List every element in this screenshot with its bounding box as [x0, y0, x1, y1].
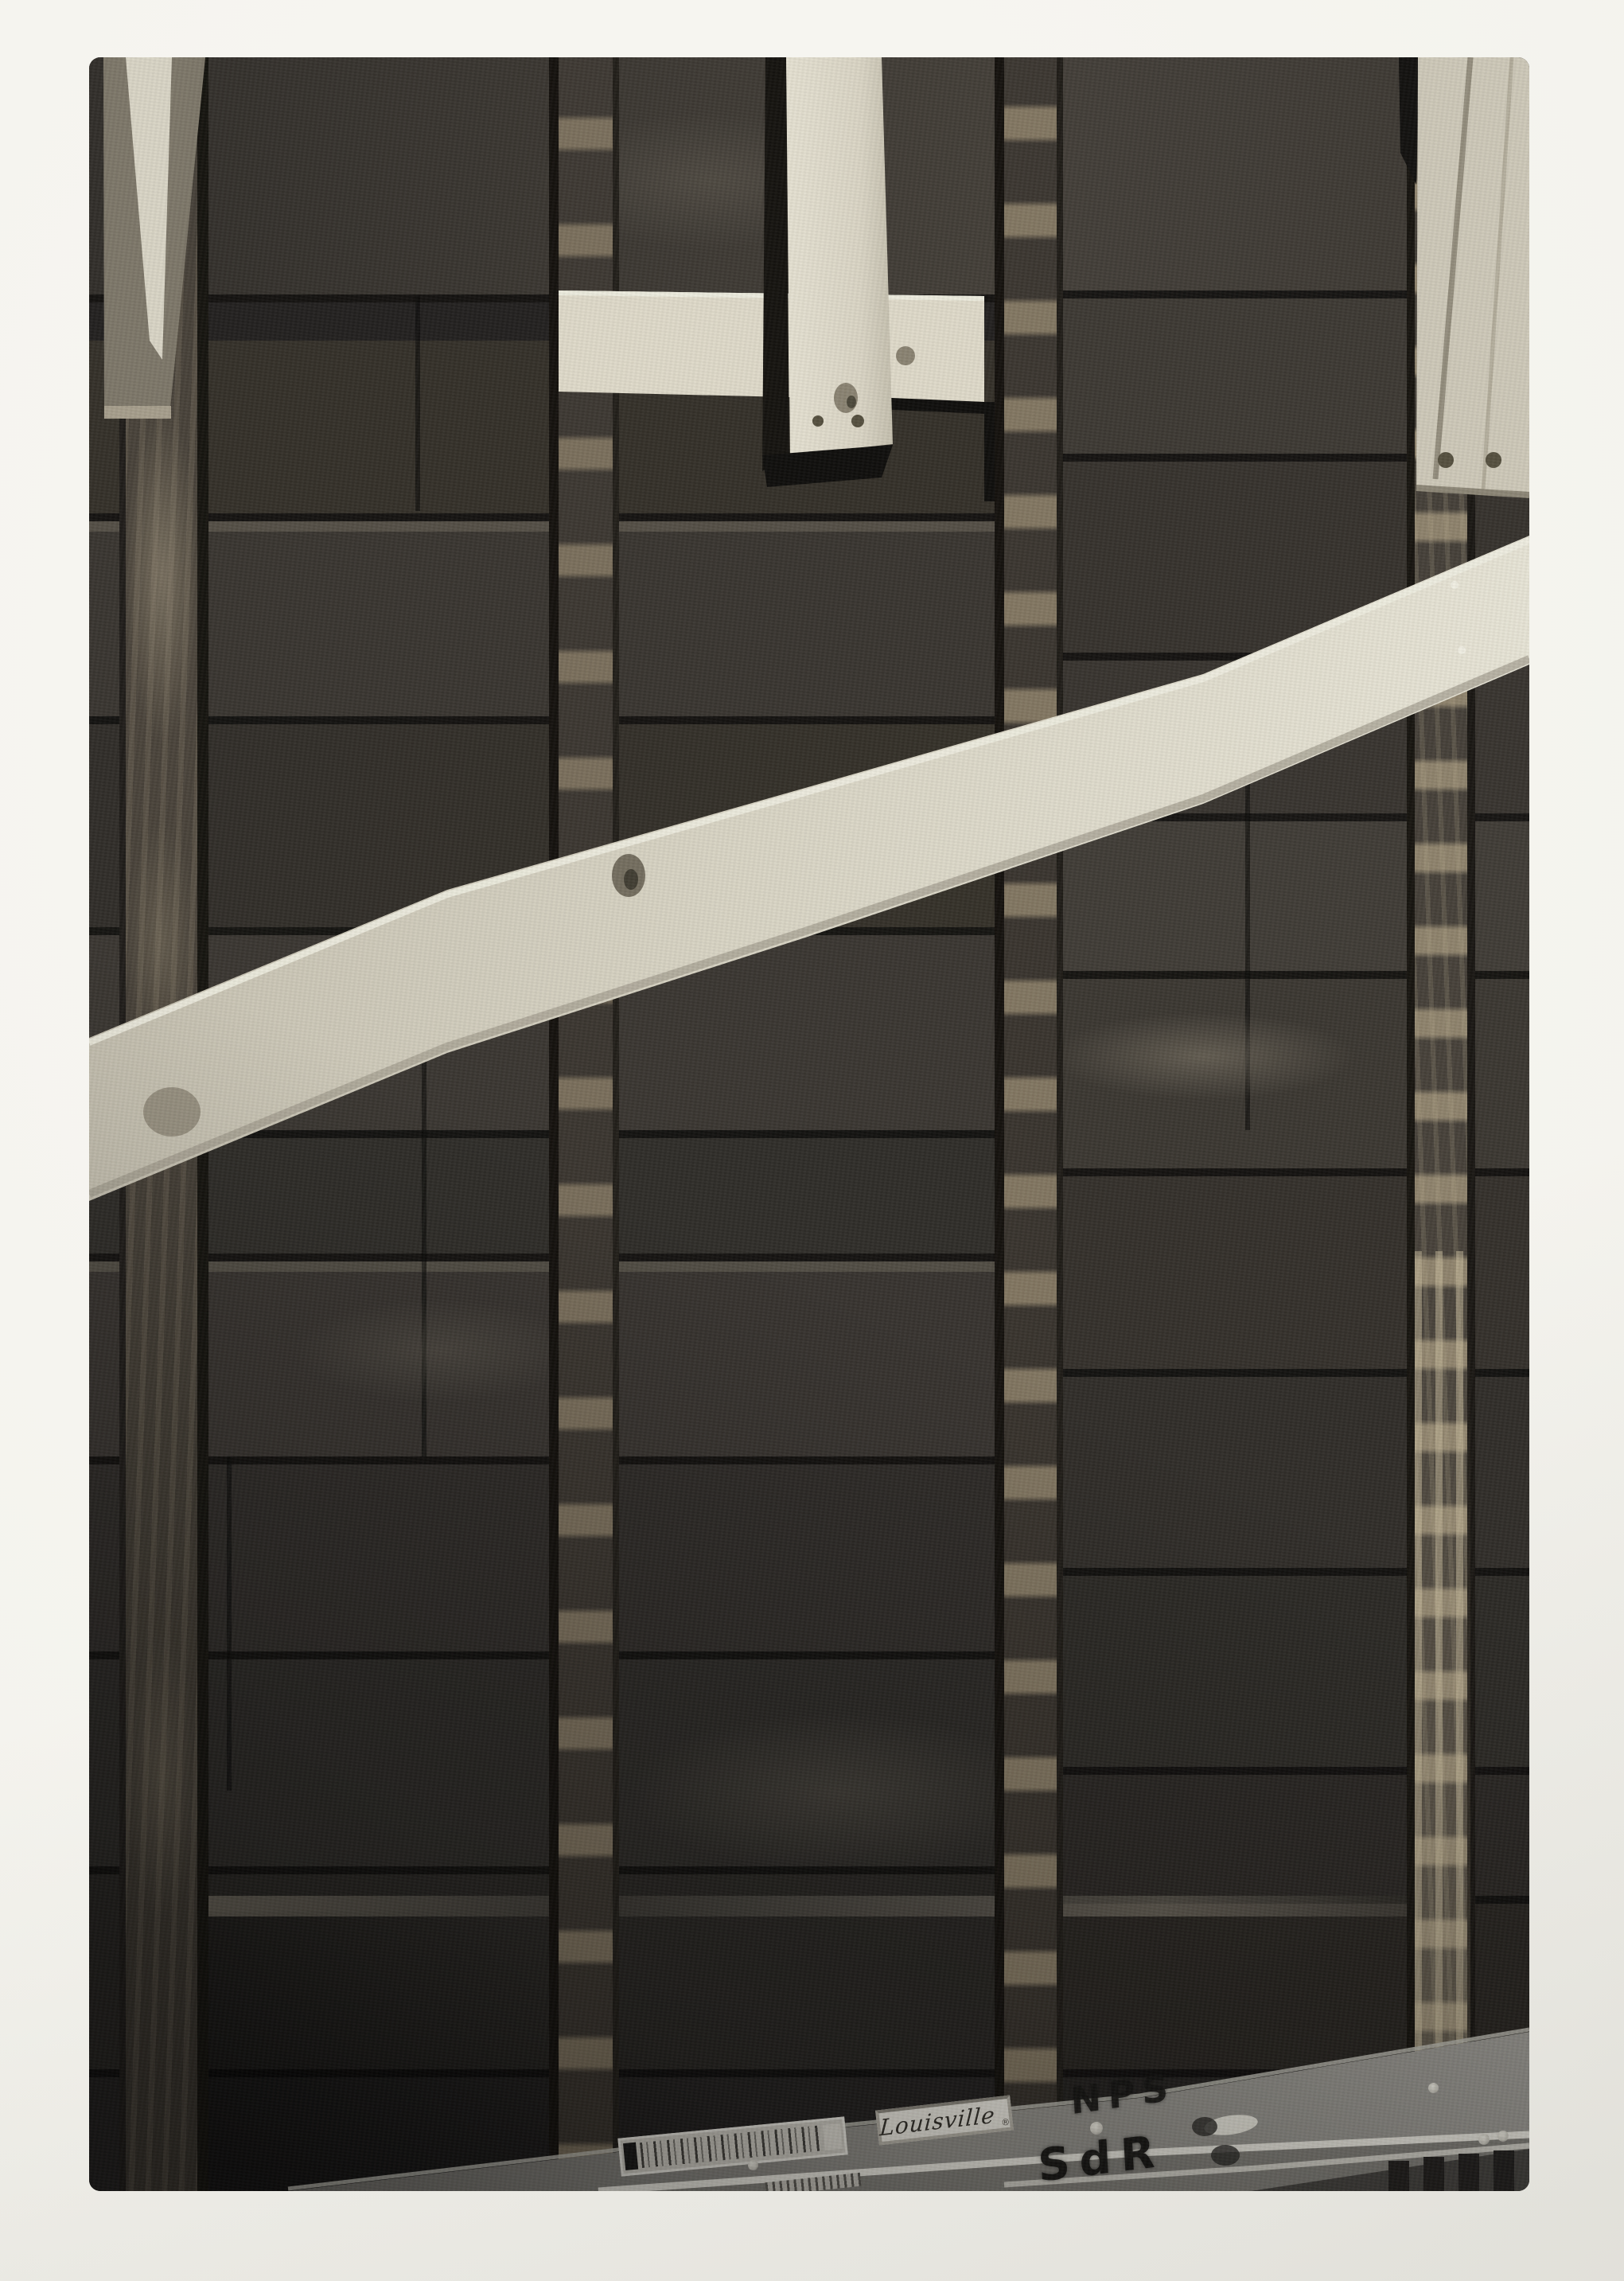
nailer-step-shadow	[984, 402, 995, 501]
photograph: Louisville ® NPS SdR	[89, 57, 1529, 2191]
slat	[1423, 2157, 1444, 2191]
lumber-and-ladder-overlay	[89, 57, 1529, 2191]
rivet	[1090, 2122, 1103, 2135]
rivet	[1428, 2083, 1439, 2093]
knot	[851, 415, 864, 427]
knot	[624, 869, 638, 890]
photo-print-border: Louisville ® NPS SdR	[0, 0, 1624, 2281]
top-right-corner-boards	[1416, 57, 1529, 495]
top-right-shadow-gap	[1399, 57, 1420, 185]
rivet	[748, 2160, 758, 2170]
nail-head	[1438, 452, 1454, 468]
rail-smudge	[1192, 2117, 1217, 2136]
label-dark-endcap	[623, 2143, 638, 2170]
knot	[812, 415, 824, 427]
rail-smudge	[1211, 2145, 1240, 2166]
nail-head	[1486, 452, 1501, 468]
rivet	[1478, 2134, 1490, 2145]
nail-speck	[1458, 646, 1466, 654]
knot	[896, 346, 915, 365]
top-left-corner-board-end	[104, 406, 171, 419]
slat	[1458, 2154, 1479, 2191]
slat	[1494, 2150, 1514, 2191]
slat	[1388, 2161, 1409, 2191]
fine-print-gap	[823, 2123, 843, 2150]
registered-mark: ®	[1001, 2117, 1011, 2128]
knot	[847, 396, 856, 408]
rivet	[1497, 2131, 1509, 2142]
nail-speck	[1451, 581, 1458, 589]
stud-shadow-strip	[762, 57, 789, 471]
knot	[143, 1087, 201, 1137]
